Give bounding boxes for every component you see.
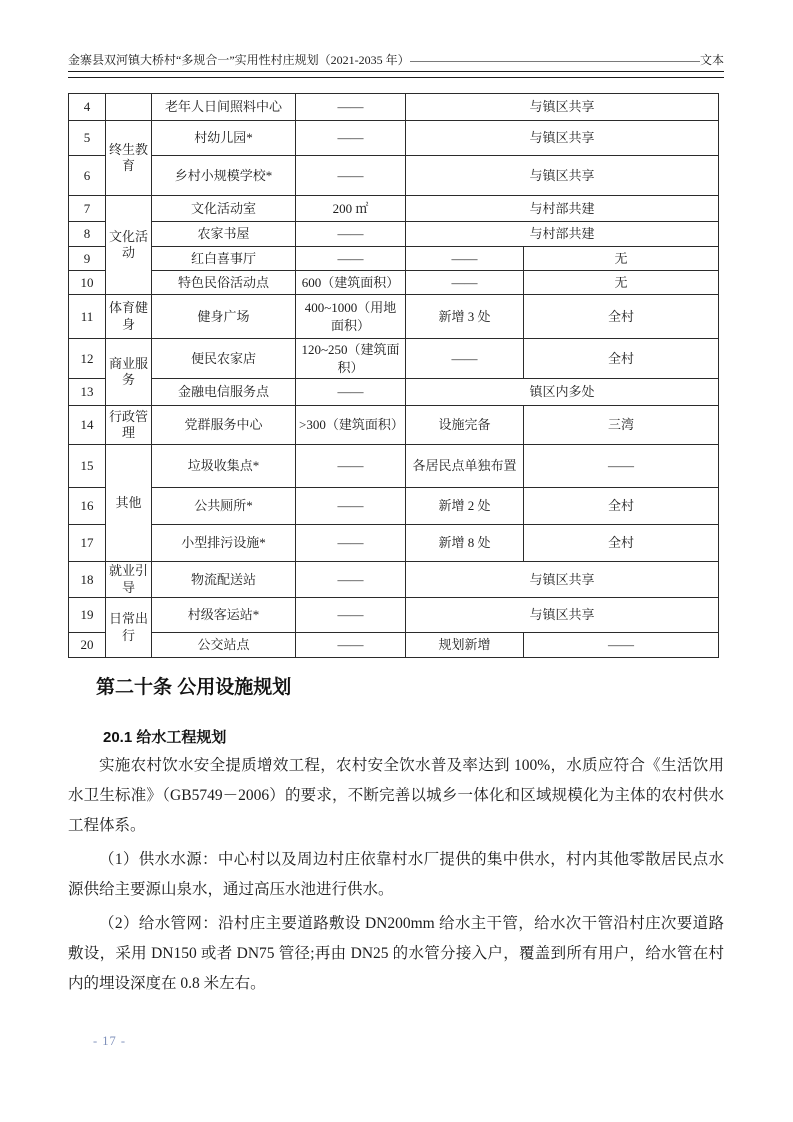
category-cell: 商业服务 (106, 339, 152, 406)
table-cell: 全村 (524, 295, 719, 339)
table-row: 20公交站点——规划新增—— (69, 633, 719, 658)
category-cell: 文化活动 (106, 196, 152, 295)
category-cell (106, 94, 152, 121)
table-cell: 10 (69, 271, 106, 295)
table-cell: 老年人日间照料中心 (152, 94, 296, 121)
table-cell: >300（建筑面积） (296, 406, 406, 445)
facilities-table: 4老年人日间照料中心——与镇区共享5终生教育村幼儿园*——与镇区共享6乡村小规模… (68, 93, 719, 658)
category-cell: 日常出行 (106, 598, 152, 658)
table-cell: 乡村小规模学校* (152, 156, 296, 196)
paragraph-intro: 实施农村饮水安全提质增效工程，农村安全饮水普及率达到 100%，水质应符合《生活… (68, 751, 724, 841)
table-cell: 无 (524, 247, 719, 271)
table-cell: 14 (69, 406, 106, 445)
table-cell: 小型排污设施* (152, 525, 296, 562)
table-cell: 8 (69, 222, 106, 247)
table-cell: 设施完备 (406, 406, 524, 445)
facilities-table-body: 4老年人日间照料中心——与镇区共享5终生教育村幼儿园*——与镇区共享6乡村小规模… (69, 94, 719, 658)
table-cell: 全村 (524, 525, 719, 562)
table-cell: 与镇区共享 (406, 156, 719, 196)
table-cell: 16 (69, 488, 106, 525)
table-cell: 垃圾收集点* (152, 445, 296, 488)
table-cell: 4 (69, 94, 106, 121)
table-cell: 5 (69, 121, 106, 156)
table-cell: —— (296, 562, 406, 598)
table-cell: —— (296, 525, 406, 562)
table-cell: 各居民点单独布置 (406, 445, 524, 488)
table-cell: 13 (69, 379, 106, 406)
category-cell: 终生教育 (106, 121, 152, 196)
table-cell: 7 (69, 196, 106, 222)
subsection-heading: 20.1 给水工程规划 (103, 726, 226, 747)
table-row: 4老年人日间照料中心——与镇区共享 (69, 94, 719, 121)
table-row: 5终生教育村幼儿园*——与镇区共享 (69, 121, 719, 156)
table-cell: 全村 (524, 339, 719, 379)
table-cell: 文化活动室 (152, 196, 296, 222)
header-dash-filler: ———————————————————————————————— (410, 53, 700, 68)
table-cell: 新增 2 处 (406, 488, 524, 525)
table-cell: 与镇区共享 (406, 562, 719, 598)
table-cell: 党群服务中心 (152, 406, 296, 445)
table-cell: —— (296, 121, 406, 156)
table-cell: 公共厕所* (152, 488, 296, 525)
table-row: 14行政管理党群服务中心>300（建筑面积）设施完备三湾 (69, 406, 719, 445)
table-row: 13金融电信服务点——镇区内多处 (69, 379, 719, 406)
table-cell: 19 (69, 598, 106, 633)
table-cell: 无 (524, 271, 719, 295)
table-cell: 新增 3 处 (406, 295, 524, 339)
table-cell: 11 (69, 295, 106, 339)
table-cell: —— (296, 94, 406, 121)
table-cell: 物流配送站 (152, 562, 296, 598)
table-cell: —— (296, 247, 406, 271)
table-cell: 新增 8 处 (406, 525, 524, 562)
table-cell: 镇区内多处 (406, 379, 719, 406)
header-suffix: 文本 (700, 53, 724, 68)
table-cell: 特色民俗活动点 (152, 271, 296, 295)
table-row: 6乡村小规模学校*——与镇区共享 (69, 156, 719, 196)
table-cell: 村级客运站* (152, 598, 296, 633)
table-cell: —— (406, 271, 524, 295)
table-cell: 公交站点 (152, 633, 296, 658)
table-row: 9红白喜事厅————无 (69, 247, 719, 271)
table-cell: 200 ㎡ (296, 196, 406, 222)
table-cell: 健身广场 (152, 295, 296, 339)
page-number: - 17 - (93, 1034, 126, 1049)
table-cell: —— (406, 247, 524, 271)
table-cell: 便民农家店 (152, 339, 296, 379)
table-cell: —— (296, 156, 406, 196)
table-row: 12商业服务便民农家店120~250（建筑面积）——全村 (69, 339, 719, 379)
table-cell: 400~1000（用地面积） (296, 295, 406, 339)
paragraph-water-source: （1）供水水源：中心村以及周边村庄依靠村水厂提供的集中供水，村内其他零散居民点水… (68, 845, 724, 905)
table-row: 17小型排污设施*——新增 8 处全村 (69, 525, 719, 562)
table-cell: 20 (69, 633, 106, 658)
table-cell: 18 (69, 562, 106, 598)
table-cell: —— (296, 488, 406, 525)
table-cell: 红白喜事厅 (152, 247, 296, 271)
table-cell: 全村 (524, 488, 719, 525)
header-title: 金寨县双河镇大桥村“多规合一”实用性村庄规划（2021-2035 年） (68, 53, 410, 68)
category-cell: 行政管理 (106, 406, 152, 445)
category-cell: 就业引导 (106, 562, 152, 598)
table-cell: 规划新增 (406, 633, 524, 658)
table-cell: 9 (69, 247, 106, 271)
table-row: 7文化活动文化活动室200 ㎡与村部共建 (69, 196, 719, 222)
table-cell: —— (296, 633, 406, 658)
table-cell: 与镇区共享 (406, 121, 719, 156)
table-cell: 农家书屋 (152, 222, 296, 247)
table-cell: 120~250（建筑面积） (296, 339, 406, 379)
table-row: 11体育健身健身广场400~1000（用地面积）新增 3 处全村 (69, 295, 719, 339)
table-cell: —— (524, 445, 719, 488)
category-cell: 其他 (106, 445, 152, 562)
category-cell: 体育健身 (106, 295, 152, 339)
table-cell: —— (296, 222, 406, 247)
table-cell: 三湾 (524, 406, 719, 445)
table-cell: 17 (69, 525, 106, 562)
table-cell: 600（建筑面积） (296, 271, 406, 295)
header-double-rule (68, 77, 724, 78)
table-row: 10特色民俗活动点600（建筑面积）——无 (69, 271, 719, 295)
table-row: 19日常出行村级客运站*——与镇区共享 (69, 598, 719, 633)
table-cell: —— (296, 598, 406, 633)
document-page: 金寨县双河镇大桥村“多规合一”实用性村庄规划（2021-2035 年）—————… (0, 0, 793, 1122)
section-heading: 第二十条 公用设施规划 (96, 672, 291, 699)
table-cell: 与村部共建 (406, 222, 719, 247)
table-cell: 与镇区共享 (406, 598, 719, 633)
table-cell: 与村部共建 (406, 196, 719, 222)
table-cell: 与镇区共享 (406, 94, 719, 121)
table-cell: —— (296, 445, 406, 488)
table-cell: —— (406, 339, 524, 379)
table-row: 15其他垃圾收集点*——各居民点单独布置—— (69, 445, 719, 488)
page-header: 金寨县双河镇大桥村“多规合一”实用性村庄规划（2021-2035 年）—————… (68, 53, 724, 72)
table-cell: 6 (69, 156, 106, 196)
table-cell: —— (524, 633, 719, 658)
table-row: 18就业引导物流配送站——与镇区共享 (69, 562, 719, 598)
paragraph-water-network: （2）给水管网：沿村庄主要道路敷设 DN200mm 给水主干管，给水次干管沿村庄… (68, 909, 724, 999)
table-cell: 村幼儿园* (152, 121, 296, 156)
table-cell: 金融电信服务点 (152, 379, 296, 406)
table-row: 16公共厕所*——新增 2 处全村 (69, 488, 719, 525)
table-cell: 15 (69, 445, 106, 488)
table-cell: 12 (69, 339, 106, 379)
table-row: 8农家书屋——与村部共建 (69, 222, 719, 247)
table-cell: —— (296, 379, 406, 406)
body-text-block: 实施农村饮水安全提质增效工程，农村安全饮水普及率达到 100%，水质应符合《生活… (68, 751, 724, 1003)
